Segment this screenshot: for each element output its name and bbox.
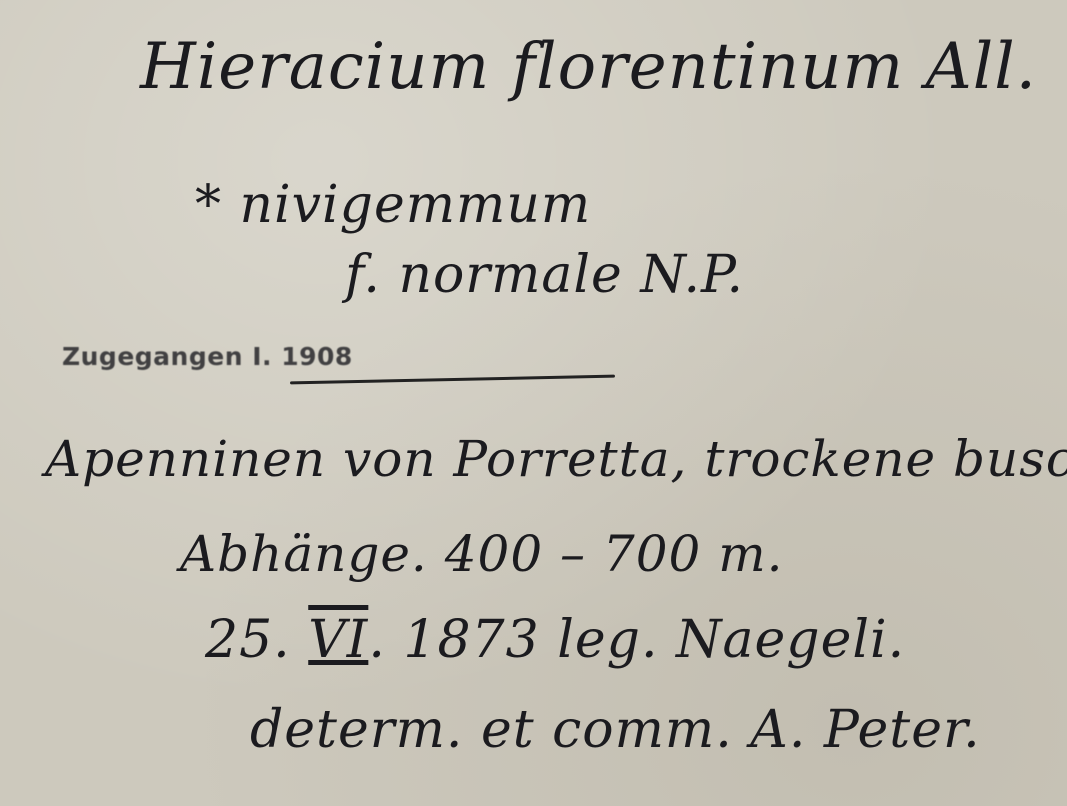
collection-year: . 1873	[368, 610, 539, 670]
determination-text: determ. et comm. A. Peter.	[250, 700, 981, 760]
taxon-name: Hieracium florentinum All.	[140, 30, 1037, 104]
locality-text: Apenninen von Porretta, trockene buschig…	[45, 430, 1067, 488]
collection-line: 25. VI. 1873 leg. Naegeli.	[205, 610, 905, 670]
stamp-underline	[290, 375, 615, 385]
forma-name: f. normale N.P.	[345, 245, 744, 305]
collector: leg. Naegeli.	[557, 610, 905, 670]
collection-month: VI	[308, 610, 368, 670]
collection-day: 25.	[205, 610, 291, 670]
received-stamp: Zugegangen I. 1908	[62, 342, 353, 371]
subspecies-name: * nivigemmum	[195, 175, 591, 235]
herbarium-label: Hieracium florentinum All. * nivigemmum …	[0, 0, 1067, 806]
habitat-elevation-text: Abhänge. 400 – 700 m.	[180, 525, 784, 583]
